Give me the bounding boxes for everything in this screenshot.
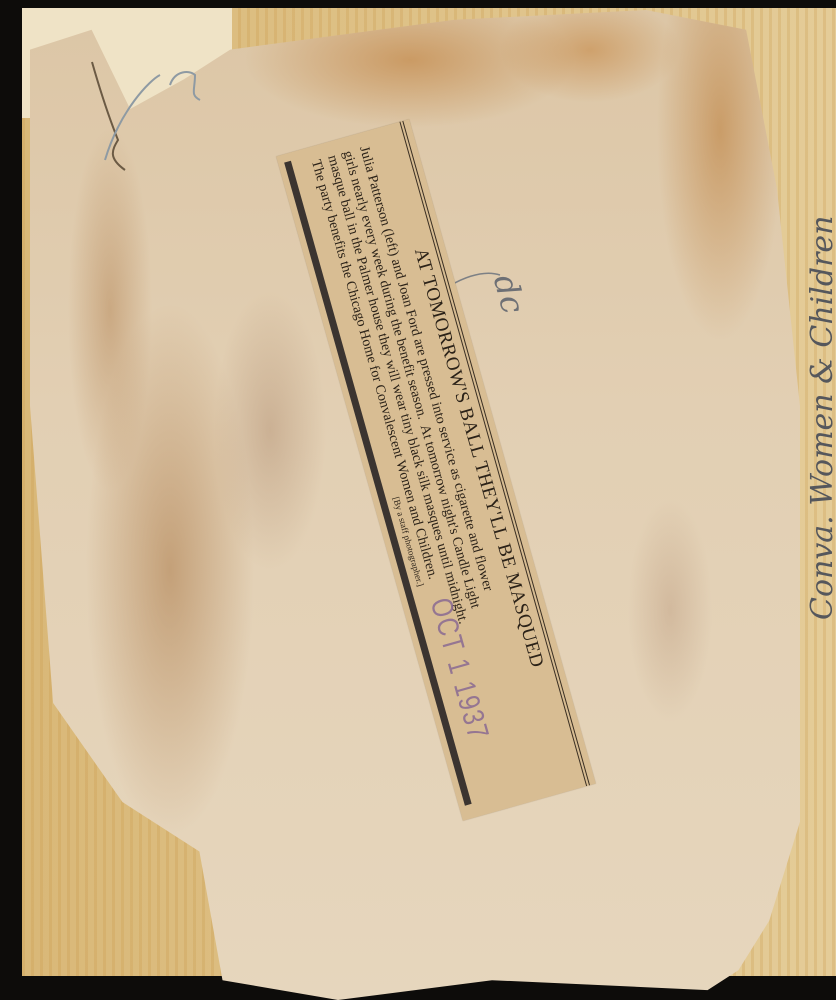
- margin-handwritten-note: Conva. Women & Children: [805, 216, 836, 621]
